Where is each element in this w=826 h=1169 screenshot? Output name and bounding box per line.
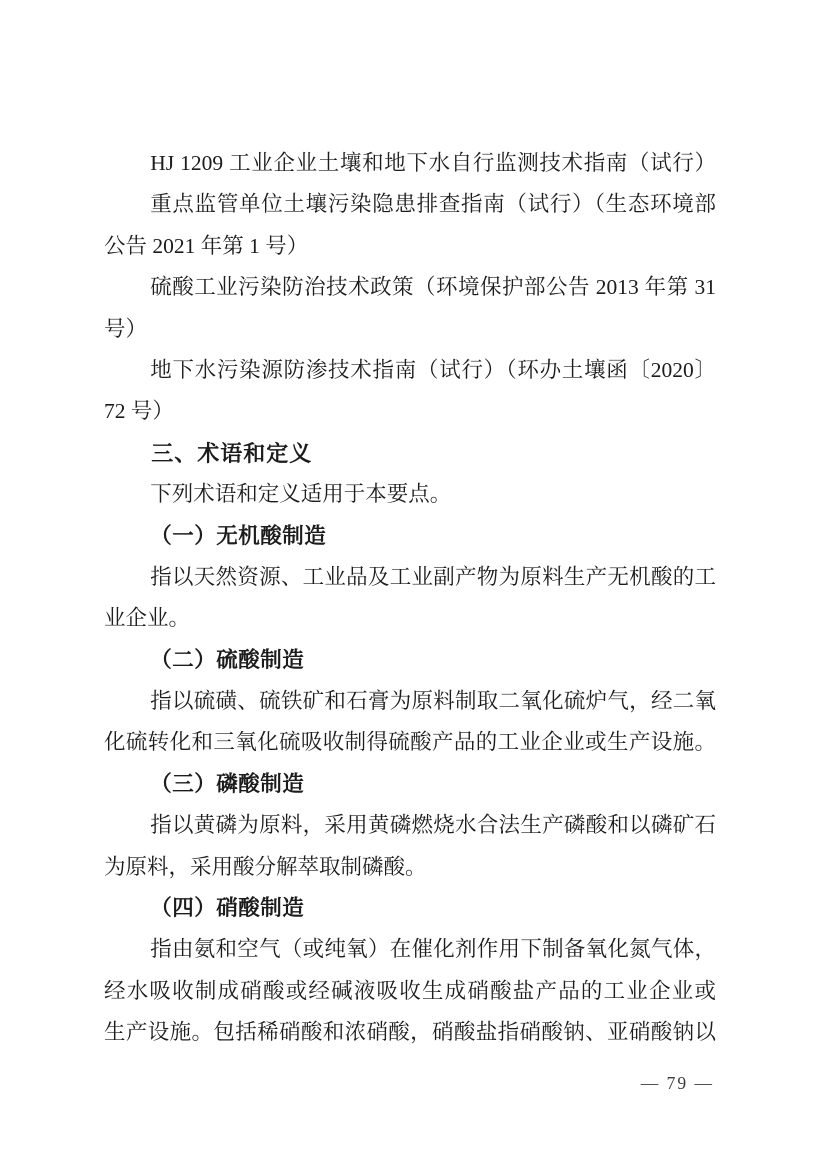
document-page: HJ 1209 工业企业土壤和地下水自行监测技术指南（试行）重点监管单位土壤污染… <box>0 0 826 1169</box>
text-line: 化硫转化和三氧化硫吸收制得硫酸产品的工业企业或生产设施。 <box>104 722 716 763</box>
text-line: 公告 2021 年第 1 号） <box>104 226 716 267</box>
text-line: （一）无机酸制造 <box>104 516 716 557</box>
text-line: 指以硫磺、硫铁矿和石膏为原料制取二氧化硫炉气，经二氧 <box>104 681 716 722</box>
text-line: 三、术语和定义 <box>104 433 716 474</box>
text-line: （三）磷酸制造 <box>104 764 716 805</box>
text-line: （四）硝酸制造 <box>104 888 716 929</box>
text-line: 地下水污染源防渗技术指南（试行）（环办土壤函〔2020〕 <box>104 350 716 391</box>
text-line: 指以天然资源、工业品及工业副产物为原料生产无机酸的工 <box>104 557 716 598</box>
text-line: 为原料，采用酸分解萃取制磷酸。 <box>104 847 716 888</box>
document-body: HJ 1209 工业企业土壤和地下水自行监测技术指南（试行）重点监管单位土壤污染… <box>104 143 716 1054</box>
text-line: 生产设施。包括稀硝酸和浓硝酸，硝酸盐指硝酸钠、亚硝酸钠以 <box>104 1012 716 1053</box>
text-line: 下列术语和定义适用于本要点。 <box>104 474 716 515</box>
text-line: 硫酸工业污染防治技术政策（环境保护部公告 2013 年第 31 <box>104 267 716 308</box>
text-line: 经水吸收制成硝酸或经碱液吸收生成硝酸盐产品的工业企业或 <box>104 971 716 1012</box>
text-line: 72 号） <box>104 391 716 432</box>
text-line: 指以黄磷为原料，采用黄磷燃烧水合法生产磷酸和以磷矿石 <box>104 805 716 846</box>
text-line: 重点监管单位土壤污染隐患排查指南（试行）（生态环境部 <box>104 184 716 225</box>
page-number: — 79 — <box>641 1071 714 1095</box>
text-line: 指由氨和空气（或纯氧）在催化剂作用下制备氧化氮气体， <box>104 929 716 970</box>
text-line: 号） <box>104 309 716 350</box>
text-line: HJ 1209 工业企业土壤和地下水自行监测技术指南（试行） <box>104 143 716 184</box>
text-line: （二）硫酸制造 <box>104 640 716 681</box>
text-line: 业企业。 <box>104 598 716 639</box>
